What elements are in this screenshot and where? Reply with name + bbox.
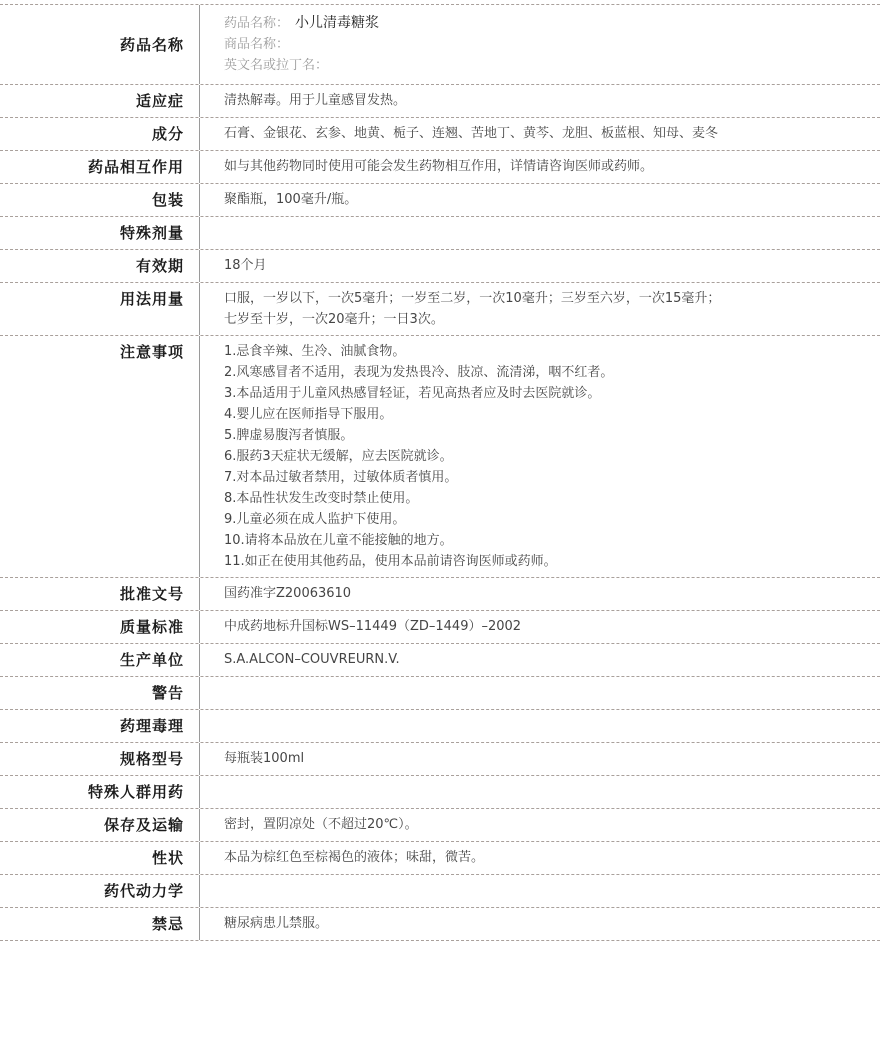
table-row: 质量标准 中成药地标升国标WS–11449（ZD–1449）–2002 [0, 611, 880, 644]
row-label: 批准文号 [0, 578, 200, 610]
table-row: 规格型号 每瓶装100ml [0, 743, 880, 776]
row-label: 规格型号 [0, 743, 200, 775]
row-text: 18个月 [224, 255, 866, 276]
row-text [224, 682, 866, 703]
table-row: 药理毒理 [0, 710, 880, 743]
table-row: 保存及运输 密封，置阴凉处（不超过20℃）。 [0, 809, 880, 842]
precaution-item: 10.请将本品放在儿童不能接触的地方。 [224, 530, 866, 551]
table-row: 成分 石膏、金银花、玄参、地黄、栀子、连翘、苦地丁、黄芩、龙胆、板蓝根、知母、麦… [0, 118, 880, 151]
row-value: 1.忌食辛辣、生冷、油腻食物。 2.风寒感冒者不适用，表现为发热畏冷、肢凉、流清… [200, 336, 880, 577]
row-value: 本品为棕红色至棕褐色的液体；味甜，微苦。 [200, 842, 880, 874]
table-row: 注意事项 1.忌食辛辣、生冷、油腻食物。 2.风寒感冒者不适用，表现为发热畏冷、… [0, 336, 880, 578]
table-row: 生产单位 S.A.ALCON–COUVREURN.V. [0, 644, 880, 677]
row-text: S.A.ALCON–COUVREURN.V. [224, 649, 866, 670]
row-label: 有效期 [0, 250, 200, 282]
trade-name-key: 商品名称： [224, 34, 866, 55]
row-value: 18个月 [200, 250, 880, 282]
row-text: 聚酯瓶，100毫升/瓶。 [224, 189, 866, 210]
drug-name-value: 小儿清毒糖浆 [295, 15, 379, 31]
row-label: 特殊人群用药 [0, 776, 200, 808]
precaution-item: 8.本品性状发生改变时禁止使用。 [224, 488, 866, 509]
row-label: 药理毒理 [0, 710, 200, 742]
row-value [200, 217, 880, 249]
row-label: 特殊剂量 [0, 217, 200, 249]
row-value [200, 776, 880, 808]
table-row: 警告 [0, 677, 880, 710]
precaution-item: 7.对本品过敏者禁用，过敏体质者慎用。 [224, 467, 866, 488]
row-text [224, 880, 866, 901]
row-text [224, 781, 866, 802]
precaution-item: 11.如正在使用其他药品，使用本品前请咨询医师或药师。 [224, 551, 866, 572]
row-value: 国药准字Z20063610 [200, 578, 880, 610]
table-row: 批准文号 国药准字Z20063610 [0, 578, 880, 611]
row-value: 如与其他药物同时使用可能会发生药物相互作用，详情请咨询医师或药师。 [200, 151, 880, 183]
table-row: 有效期 18个月 [0, 250, 880, 283]
row-text: 清热解毒。用于儿童感冒发热。 [224, 90, 866, 111]
row-label: 用法用量 [0, 283, 200, 335]
row-label: 禁忌 [0, 908, 200, 940]
row-value [200, 710, 880, 742]
row-value: 每瓶装100ml [200, 743, 880, 775]
table-row: 适应症 清热解毒。用于儿童感冒发热。 [0, 85, 880, 118]
row-text: 本品为棕红色至棕褐色的液体；味甜，微苦。 [224, 847, 866, 868]
row-value [200, 875, 880, 907]
drug-info-table: 药品名称 药品名称：小儿清毒糖浆 商品名称： 英文名或拉丁名： 适应症 清热解毒… [0, 4, 880, 941]
row-value: 清热解毒。用于儿童感冒发热。 [200, 85, 880, 117]
table-row: 特殊剂量 [0, 217, 880, 250]
row-text: 糖尿病患儿禁服。 [224, 913, 866, 934]
table-row: 药品相互作用 如与其他药物同时使用可能会发生药物相互作用，详情请咨询医师或药师。 [0, 151, 880, 184]
table-row: 用法用量 口服，一岁以下，一次5毫升；一岁至二岁，一次10毫升；三岁至六岁，一次… [0, 283, 880, 336]
row-label: 药品名称 [0, 5, 200, 84]
drug-name-key: 药品名称： [224, 16, 289, 31]
row-text: 中成药地标升国标WS–11449（ZD–1449）–2002 [224, 616, 866, 637]
row-label: 性状 [0, 842, 200, 874]
precaution-item: 4.婴儿应在医师指导下服用。 [224, 404, 866, 425]
row-label: 适应症 [0, 85, 200, 117]
table-row: 包装 聚酯瓶，100毫升/瓶。 [0, 184, 880, 217]
precaution-item: 3.本品适用于儿童风热感冒轻证，若见高热者应及时去医院就诊。 [224, 383, 866, 404]
row-value: S.A.ALCON–COUVREURN.V. [200, 644, 880, 676]
row-value [200, 677, 880, 709]
row-label: 注意事项 [0, 336, 200, 577]
row-text: 七岁至十岁，一次20毫升；一日3次。 [224, 309, 866, 330]
precaution-item: 2.风寒感冒者不适用，表现为发热畏冷、肢凉、流清涕，咽不红者。 [224, 362, 866, 383]
row-text: 密封，置阴凉处（不超过20℃）。 [224, 814, 866, 835]
row-value: 石膏、金银花、玄参、地黄、栀子、连翘、苦地丁、黄芩、龙胆、板蓝根、知母、麦冬 [200, 118, 880, 150]
drug-name-line: 药品名称：小儿清毒糖浆 [224, 13, 866, 34]
latin-name-key: 英文名或拉丁名： [224, 55, 866, 76]
row-text: 每瓶装100ml [224, 748, 866, 769]
table-row: 性状 本品为棕红色至棕褐色的液体；味甜，微苦。 [0, 842, 880, 875]
row-value: 药品名称：小儿清毒糖浆 商品名称： 英文名或拉丁名： [200, 5, 880, 84]
row-label: 包装 [0, 184, 200, 216]
row-label: 警告 [0, 677, 200, 709]
precaution-item: 6.服药3天症状无缓解，应去医院就诊。 [224, 446, 866, 467]
row-text: 口服，一岁以下，一次5毫升；一岁至二岁，一次10毫升；三岁至六岁，一次15毫升； [224, 288, 866, 309]
row-label: 成分 [0, 118, 200, 150]
row-value: 密封，置阴凉处（不超过20℃）。 [200, 809, 880, 841]
drug-info-page: 药品名称 药品名称：小儿清毒糖浆 商品名称： 英文名或拉丁名： 适应症 清热解毒… [0, 0, 880, 1060]
row-value: 糖尿病患儿禁服。 [200, 908, 880, 940]
precaution-item: 1.忌食辛辣、生冷、油腻食物。 [224, 341, 866, 362]
precaution-item: 5.脾虚易腹泻者慎服。 [224, 425, 866, 446]
row-value: 中成药地标升国标WS–11449（ZD–1449）–2002 [200, 611, 880, 643]
table-row: 药代动力学 [0, 875, 880, 908]
row-text: 国药准字Z20063610 [224, 583, 866, 604]
row-label: 药品相互作用 [0, 151, 200, 183]
table-row: 药品名称 药品名称：小儿清毒糖浆 商品名称： 英文名或拉丁名： [0, 5, 880, 85]
row-text [224, 222, 866, 243]
row-label: 保存及运输 [0, 809, 200, 841]
row-text: 石膏、金银花、玄参、地黄、栀子、连翘、苦地丁、黄芩、龙胆、板蓝根、知母、麦冬 [224, 123, 866, 144]
table-row: 禁忌 糖尿病患儿禁服。 [0, 908, 880, 941]
row-label: 生产单位 [0, 644, 200, 676]
row-text: 如与其他药物同时使用可能会发生药物相互作用，详情请咨询医师或药师。 [224, 156, 866, 177]
row-text [224, 715, 866, 736]
row-label: 药代动力学 [0, 875, 200, 907]
row-label: 质量标准 [0, 611, 200, 643]
precaution-item: 9.儿童必须在成人监护下使用。 [224, 509, 866, 530]
row-value: 聚酯瓶，100毫升/瓶。 [200, 184, 880, 216]
table-row: 特殊人群用药 [0, 776, 880, 809]
row-value: 口服，一岁以下，一次5毫升；一岁至二岁，一次10毫升；三岁至六岁，一次15毫升；… [200, 283, 880, 335]
